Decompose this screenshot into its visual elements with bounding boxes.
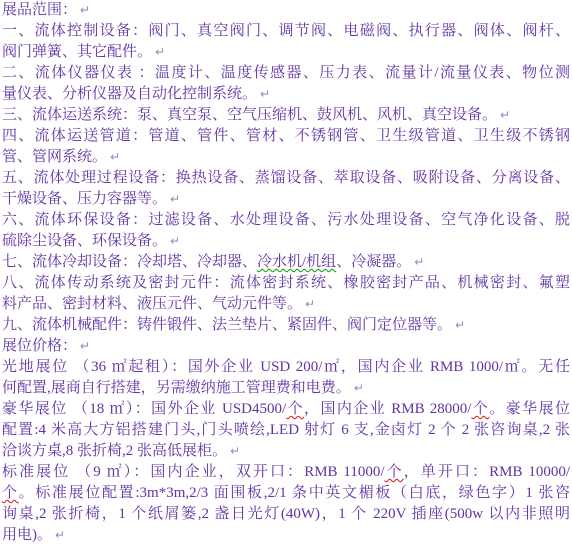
- text-line: 四、流体运送管道：管道、管件、管材、不锈钢管、卫生级管道、卫生级不锈钢: [2, 126, 570, 147]
- spellcheck-underline: 个: [286, 401, 304, 417]
- text-line: 五、流体处理过程设备：换热设备、蒸馏设备、萃取设备、吸附设备、分离设备、: [2, 168, 570, 189]
- text-run: 展位价格：: [2, 338, 77, 354]
- paragraph: 三、流体运送系统：泵、真空泵、空气压缩机、鼓风机、风机、真空设备。↵: [2, 105, 570, 126]
- text-line: 八、流体传动系统及密封元件：流体密封系统、橡胶密封产品、机械密封、氟塑: [2, 273, 570, 294]
- text-run: 何配置,展商自行搭建，另需缴纳施工管理费和电费。: [2, 380, 351, 396]
- text-run: 。豪华展位: [489, 401, 570, 417]
- text-line: 展品范围：↵: [2, 0, 570, 21]
- text-run: 用电)。: [2, 527, 52, 543]
- paragraph: 一、流体控制设备：阀门、真空阀门、调节阀、电磁阀、执行器、阀体、阀杆、阀门弹簧、…: [2, 21, 570, 63]
- paragraph: 展品范围：↵: [2, 0, 570, 21]
- spellcheck-underline: 个: [385, 464, 404, 480]
- text-run: 管、管网系统。: [2, 149, 107, 165]
- paragraph: 八、流体传动系统及密封元件：流体密封系统、橡胶密封产品、机械密封、氟塑料产品、密…: [2, 273, 570, 315]
- text-line: 个。标准展位配置:3m*3m,2/3 面围板,2/1 条中英文楣板（白底，绿色字…: [2, 483, 570, 504]
- text-run: 六、流体环保设备：过滤设备、水处理设备、污水处理设备、空气净化设备、脱: [2, 212, 570, 228]
- paragraph: 展位价格：↵: [2, 336, 570, 357]
- paragraph: 六、流体环保设备：过滤设备、水处理设备、污水处理设备、空气净化设备、脱硫除尘设备…: [2, 210, 570, 252]
- paragraph-mark-icon: ↵: [110, 150, 120, 164]
- text-run: 光地展位 （36 ㎡起租）：国外企业 USD 200/㎡，国内企业 RMB 10…: [2, 359, 570, 375]
- text-line: 干燥设备、压力容器等。↵: [2, 189, 570, 210]
- paragraph: 光地展位 （36 ㎡起租）：国外企业 USD 200/㎡，国内企业 RMB 10…: [2, 357, 570, 399]
- paragraph: 四、流体运送管道：管道、管件、管材、不锈钢管、卫生级管道、卫生级不锈钢管、管网系…: [2, 126, 570, 168]
- text-run: 豪华展位 （18 ㎡）：国外企业 USD4500/: [2, 401, 286, 417]
- text-line: 何配置,展商自行搭建，另需缴纳施工管理费和电费。↵: [2, 378, 570, 399]
- text-run: 洽谈方桌,8 张折椅,2 张高低展柜。: [2, 443, 227, 459]
- text-run: 九、流体机械配件：铸件锻件、法兰垫片、紧固件、阀门定位器等。: [2, 317, 452, 333]
- text-run: 硫除尘设备、环保设备。: [2, 233, 167, 249]
- text-line: 管、管网系统。↵: [2, 147, 570, 168]
- paragraph: 九、流体机械配件：铸件锻件、法兰垫片、紧固件、阀门定位器等。↵: [2, 315, 570, 336]
- text-run: 阀门弹簧、其它配件。: [2, 44, 152, 60]
- text-run: ，单开口：RMB 10000/: [404, 464, 570, 480]
- paragraph: 七、流体冷却设备：冷却塔、冷却器、冷水机/机组、冷凝器。↵: [2, 252, 570, 273]
- paragraph: 五、流体处理过程设备：换热设备、蒸馏设备、萃取设备、吸附设备、分离设备、干燥设备…: [2, 168, 570, 210]
- text-line: 六、流体环保设备：过滤设备、水处理设备、污水处理设备、空气净化设备、脱: [2, 210, 570, 231]
- spellcheck-underline: 个: [471, 401, 489, 417]
- text-line: 七、流体冷却设备：冷却塔、冷却器、冷水机/机组、冷凝器。↵: [2, 252, 570, 273]
- grammar-underline: 冷水机/机组: [257, 254, 336, 270]
- spellcheck-underline: 个: [2, 485, 19, 501]
- text-line: 料产品、密封材料、液压元件、气动元件等。↵: [2, 294, 570, 315]
- paragraph-mark-icon: ↵: [155, 45, 165, 59]
- paragraph-mark-icon: ↵: [500, 108, 510, 122]
- paragraph: 二、流体仪器仪表 ：温度计、温度传感器、压力表、流量计/流量仪表、物位测量仪表、…: [2, 63, 570, 105]
- text-line: 三、流体运送系统：泵、真空泵、空气压缩机、鼓风机、风机、真空设备。↵: [2, 105, 570, 126]
- text-line: 光地展位 （36 ㎡起租）：国外企业 USD 200/㎡，国内企业 RMB 10…: [2, 357, 570, 378]
- text-run: 八、流体传动系统及密封元件：流体密封系统、橡胶密封产品、机械密封、氟塑: [2, 275, 570, 291]
- text-line: 配置:4 米高大方铝搭建门头,门头喷绘,LED 射灯 6 支,金卤灯 2 个 2…: [2, 420, 570, 441]
- paragraph: 豪华展位 （18 ㎡）：国外企业 USD4500/个，国内企业 RMB 2800…: [2, 399, 570, 462]
- text-line: 展位价格：↵: [2, 336, 570, 357]
- text-line: 二、流体仪器仪表 ：温度计、温度传感器、压力表、流量计/流量仪表、物位测: [2, 63, 570, 84]
- text-line: 标准展位 （9 ㎡）：国内企业，双开口：RMB 11000/个，单开口：RMB …: [2, 462, 570, 483]
- text-run: 四、流体运送管道：管道、管件、管材、不锈钢管、卫生级管道、卫生级不锈钢: [2, 128, 570, 144]
- paragraph-mark-icon: ↵: [80, 3, 90, 17]
- paragraph-mark-icon: ↵: [305, 297, 315, 311]
- text-line: 一、流体控制设备：阀门、真空阀门、调节阀、电磁阀、执行器、阀体、阀杆、: [2, 21, 570, 42]
- text-run: 。标准展位配置:3m*3m,2/3 面围板,2/1 条中英文楣板（白底，绿色字）…: [19, 485, 570, 501]
- text-line: 询桌,2 张折椅，1 个纸屑篓,2 盏日光灯(40W)，1 个 220V 插座(…: [2, 504, 570, 525]
- text-line: 洽谈方桌,8 张折椅,2 张高低展柜。↵: [2, 441, 570, 462]
- text-run: 三、流体运送系统：泵、真空泵、空气压缩机、鼓风机、风机、真空设备。: [2, 107, 497, 123]
- paragraph: 标准展位 （9 ㎡）：国内企业，双开口：RMB 11000/个，单开口：RMB …: [2, 462, 570, 546]
- text-run: 一、流体控制设备：阀门、真空阀门、调节阀、电磁阀、执行器、阀体、阀杆、: [2, 23, 570, 39]
- text-run: 、冷凝器。: [336, 254, 411, 270]
- text-run: 料产品、密封材料、液压元件、气动元件等。: [2, 296, 302, 312]
- text-run: 二、流体仪器仪表 ：温度计、温度传感器、压力表、流量计/流量仪表、物位测: [2, 65, 570, 81]
- text-line: 豪华展位 （18 ㎡）：国外企业 USD4500/个，国内企业 RMB 2800…: [2, 399, 570, 420]
- paragraph-mark-icon: ↵: [170, 234, 180, 248]
- text-run: 配置:4 米高大方铝搭建门头,门头喷绘,LED 射灯 6 支,金卤灯 2 个 2…: [2, 422, 570, 438]
- paragraph-mark-icon: ↵: [414, 255, 424, 269]
- text-run: 七、流体冷却设备：冷却塔、冷却器、: [2, 254, 257, 270]
- text-run: 询桌,2 张折椅，1 个纸屑篓,2 盏日光灯(40W)，1 个 220V 插座(…: [2, 506, 570, 522]
- paragraph-mark-icon: ↵: [80, 339, 90, 353]
- text-run: 标准展位 （9 ㎡）：国内企业，双开口：RMB 11000/: [2, 464, 385, 480]
- text-line: 硫除尘设备、环保设备。↵: [2, 231, 570, 252]
- paragraph-mark-icon: ↵: [230, 444, 240, 458]
- text-run: 干燥设备、压力容器等。: [2, 191, 167, 207]
- text-line: 量仪表、分析仪器及自动化控制系统。↵: [2, 84, 570, 105]
- paragraph-mark-icon: ↵: [170, 192, 180, 206]
- paragraph-mark-icon: ↵: [260, 87, 270, 101]
- text-line: 九、流体机械配件：铸件锻件、法兰垫片、紧固件、阀门定位器等。↵: [2, 315, 570, 336]
- text-run: 量仪表、分析仪器及自动化控制系统。: [2, 86, 257, 102]
- text-run: ，国内企业 RMB 28000/: [304, 401, 471, 417]
- text-run: 展品范围：: [2, 2, 77, 18]
- text-run: 五、流体处理过程设备：换热设备、蒸馏设备、萃取设备、吸附设备、分离设备、: [2, 170, 570, 186]
- paragraph-mark-icon: ↵: [455, 318, 465, 332]
- text-line: 用电)。↵: [2, 525, 570, 546]
- document-page: 展品范围：↵一、流体控制设备：阀门、真空阀门、调节阀、电磁阀、执行器、阀体、阀杆…: [0, 0, 572, 546]
- paragraph-mark-icon: ↵: [55, 528, 65, 542]
- paragraph-mark-icon: ↵: [354, 381, 364, 395]
- text-line: 阀门弹簧、其它配件。↵: [2, 42, 570, 63]
